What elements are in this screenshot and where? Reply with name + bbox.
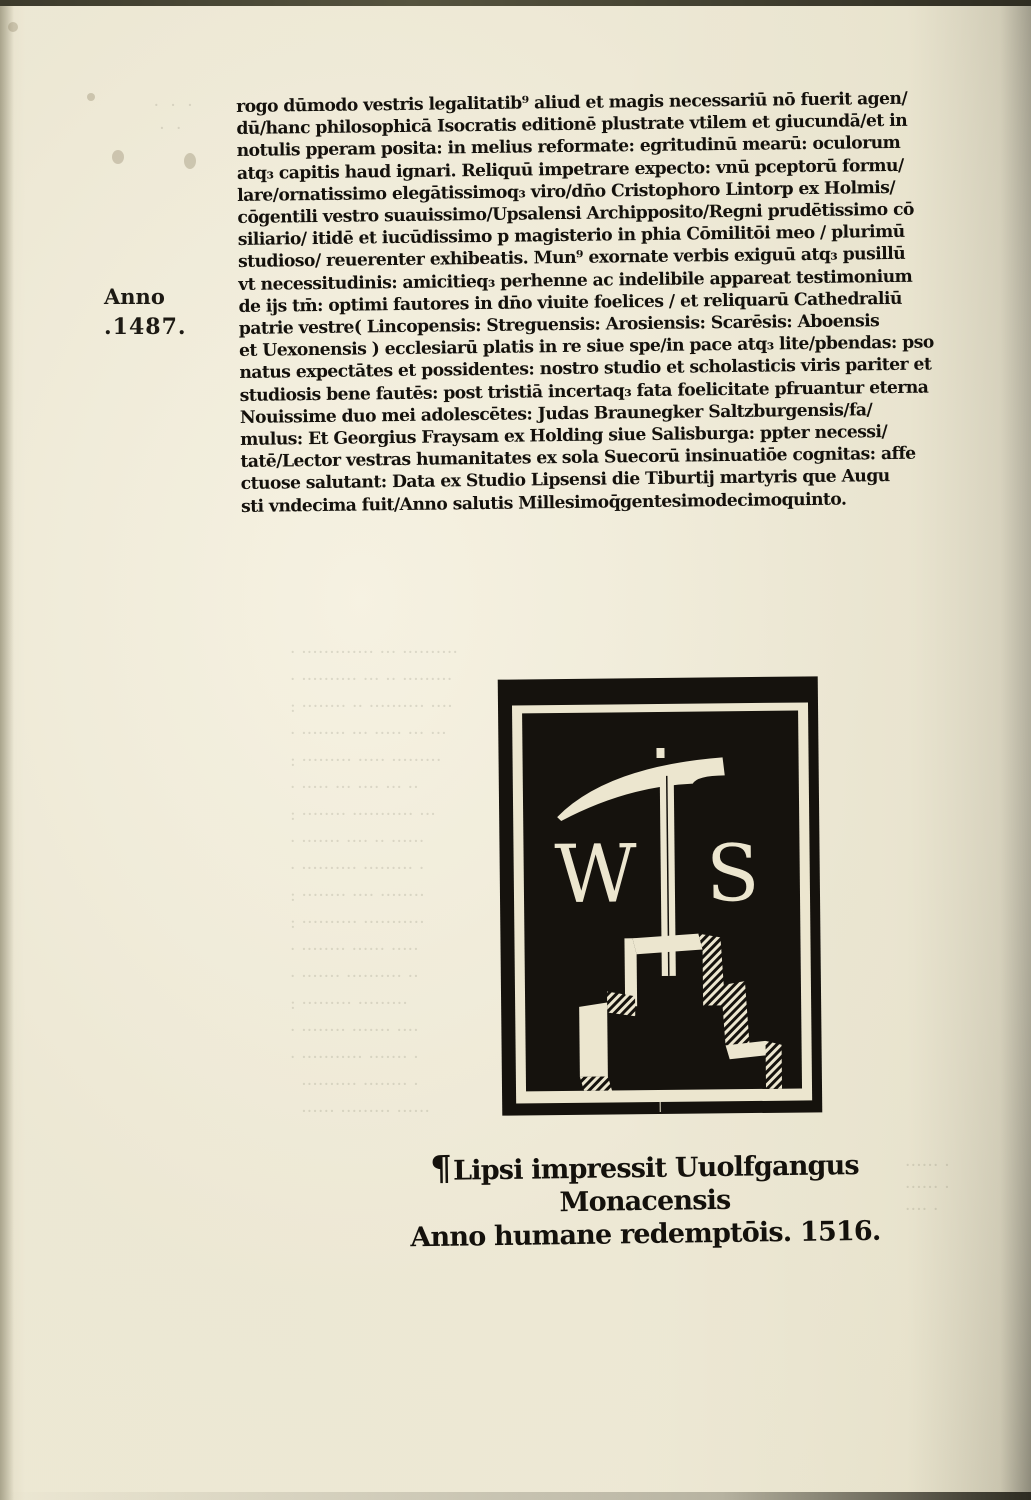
- printers-device-woodcut: W S: [496, 674, 825, 1117]
- margin-note: Anno .1487.: [104, 282, 214, 342]
- margin-note-year: .1487.: [104, 312, 214, 342]
- colophon: ¶Lipsi impressit Uuolfgangus Monacensis …: [344, 1146, 945, 1255]
- show-through-text: · ············· ··· ·········· · ·······…: [290, 640, 458, 1126]
- paper-foxing-spot: [184, 153, 196, 169]
- paragraph-mark-icon: ¶: [430, 1149, 451, 1189]
- paper-foxing-spot: [8, 22, 18, 32]
- page-top-edge: [0, 0, 1031, 6]
- device-letter-w: W: [554, 827, 637, 921]
- colophon-line-1: ¶Lipsi impressit Uuolfgangus Monacensis: [344, 1146, 945, 1222]
- show-through-text: · · · · ·: [120, 95, 193, 141]
- page-left-edge: [0, 0, 14, 1500]
- device-letter-s: S: [706, 829, 760, 920]
- paper-foxing-spot: [112, 150, 124, 164]
- paper-foxing-spot: [87, 93, 95, 101]
- body-text-block: rogo dūmodo vestris legalitatib⁹ aliud e…: [236, 86, 1031, 517]
- margin-note-label: Anno: [104, 282, 214, 312]
- page-bottom-edge: [0, 1492, 1031, 1500]
